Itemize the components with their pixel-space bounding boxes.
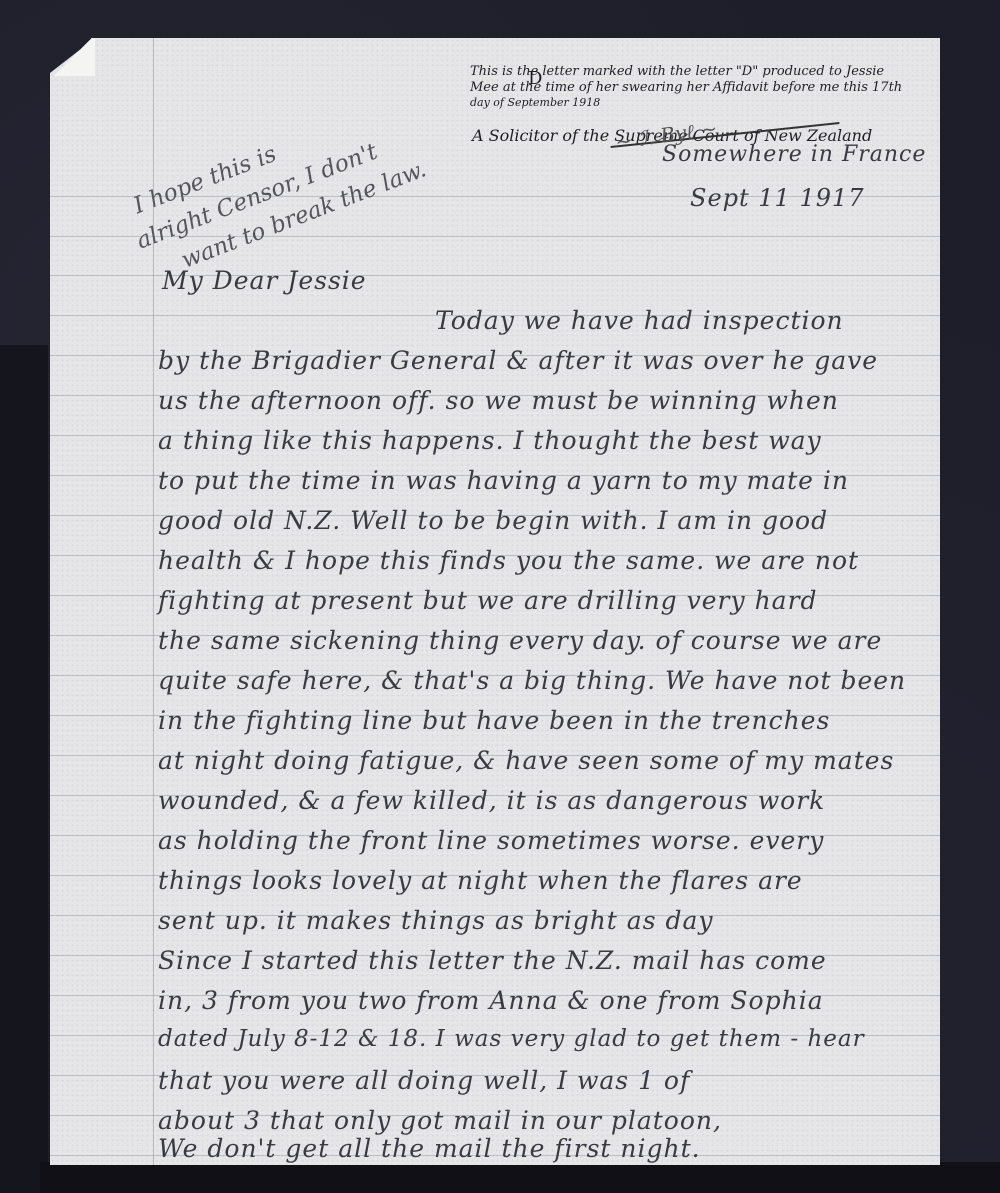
background-mount-strip: [0, 345, 48, 1193]
body-line: fighting at present but we are drilling …: [158, 586, 818, 615]
body-line: in, 3 from you two from Anna & one from …: [158, 986, 824, 1015]
affidavit-line: Mee at the time of her swearing her Affi…: [470, 80, 902, 95]
body-line: by the Brigadier General & after it was …: [158, 346, 878, 375]
body-line: Since I started this letter the N.Z. mai…: [158, 946, 827, 975]
body-line: about 3 that only got mail in our platoo…: [158, 1106, 722, 1135]
body-line: a thing like this happens. I thought the…: [158, 426, 822, 455]
body-line: things looks lovely at night when the fl…: [158, 866, 803, 895]
body-line: that you were all doing well, I was 1 of: [158, 1066, 690, 1095]
body-line: to put the time in was having a yarn to …: [158, 466, 849, 495]
body-line: in the fighting line but have been in th…: [158, 706, 830, 735]
letter-date: Sept 11 1917: [690, 184, 865, 212]
body-line: sent up. it makes things as bright as da…: [158, 906, 714, 935]
body-line: quite safe here, & that's a big thing. W…: [158, 666, 906, 695]
body-line: health & I hope this finds you the same.…: [158, 546, 859, 575]
background-mount-bottom: [40, 1162, 1000, 1193]
body-line: We don't get all the mail the first nigh…: [158, 1134, 701, 1163]
body-line: Today we have had inspection: [435, 306, 844, 335]
letter-location: Somewhere in France: [662, 142, 926, 167]
body-line: good old N.Z. Well to be begin with. I a…: [158, 506, 828, 535]
affidavit-line: This is the letter marked with the lette…: [470, 64, 884, 79]
censor-note: I hope this is alright Censor, I don't w…: [119, 102, 398, 290]
body-line: as holding the front line sometimes wors…: [158, 826, 824, 855]
folded-corner: [50, 38, 95, 76]
body-line: at night doing fatigue, & have seen some…: [158, 746, 894, 775]
affidavit-line: day of September 1918: [470, 96, 600, 109]
body-line: dated July 8-12 & 18. I was very glad to…: [158, 1026, 865, 1052]
salutation: My Dear Jessie: [162, 266, 367, 295]
body-line: wounded, & a few killed, it is as danger…: [158, 786, 825, 815]
body-line: us the afternoon off. so we must be winn…: [158, 386, 839, 415]
letter-page: I hope this is alright Censor, I don't w…: [50, 38, 940, 1165]
body-line: the same sickening thing every day. of c…: [158, 626, 882, 655]
